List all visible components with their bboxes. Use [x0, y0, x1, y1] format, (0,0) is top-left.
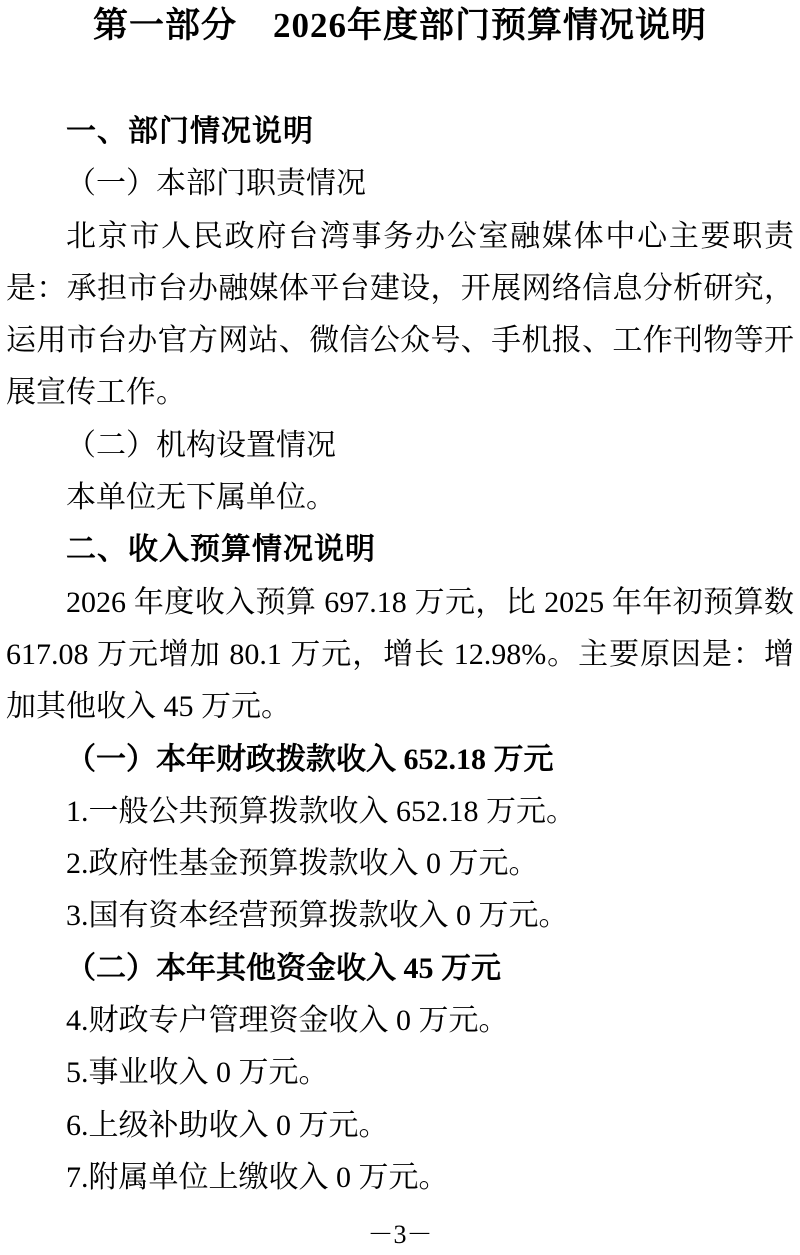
- document-page: 第一部分 2026年度部门预算情况说明 一、部门情况说明 （一）本部门职责情况 …: [0, 0, 800, 1255]
- section-1-1-heading: （一）本部门职责情况: [6, 158, 794, 210]
- income-item-4: 4.财政专户管理资金收入 0 万元。: [6, 995, 794, 1047]
- section-2-2-heading: （二）本年其他资金收入 45 万元: [6, 943, 794, 995]
- income-item-7: 7.附属单位上缴收入 0 万元。: [6, 1152, 794, 1204]
- paragraph-subordinate-units: 本单位无下属单位。: [6, 472, 794, 524]
- paragraph-department-duties: 北京市人民政府台湾事务办公室融媒体中心主要职责是：承担市台办融媒体平台建设，开展…: [6, 211, 794, 420]
- income-item-3: 3.国有资本经营预算拨款收入 0 万元。: [6, 890, 794, 942]
- document-body: 一、部门情况说明 （一）本部门职责情况 北京市人民政府台湾事务办公室融媒体中心主…: [6, 106, 794, 1204]
- page-title: 第一部分 2026年度部门预算情况说明: [0, 3, 800, 49]
- section-1-heading: 一、部门情况说明: [6, 106, 794, 158]
- income-item-1: 1.一般公共预算拨款收入 652.18 万元。: [6, 786, 794, 838]
- section-2-1-heading: （一）本年财政拨款收入 652.18 万元: [6, 734, 794, 786]
- income-item-2: 2.政府性基金预算拨款收入 0 万元。: [6, 838, 794, 890]
- section-1-2-heading: （二）机构设置情况: [6, 420, 794, 472]
- page-number: －3－: [0, 1220, 800, 1250]
- income-item-6: 6.上级补助收入 0 万元。: [6, 1100, 794, 1152]
- income-item-5: 5.事业收入 0 万元。: [6, 1047, 794, 1099]
- paragraph-income-summary: 2026 年度收入预算 697.18 万元，比 2025 年年初预算数 617.…: [6, 577, 794, 734]
- section-2-heading: 二、收入预算情况说明: [6, 524, 794, 576]
